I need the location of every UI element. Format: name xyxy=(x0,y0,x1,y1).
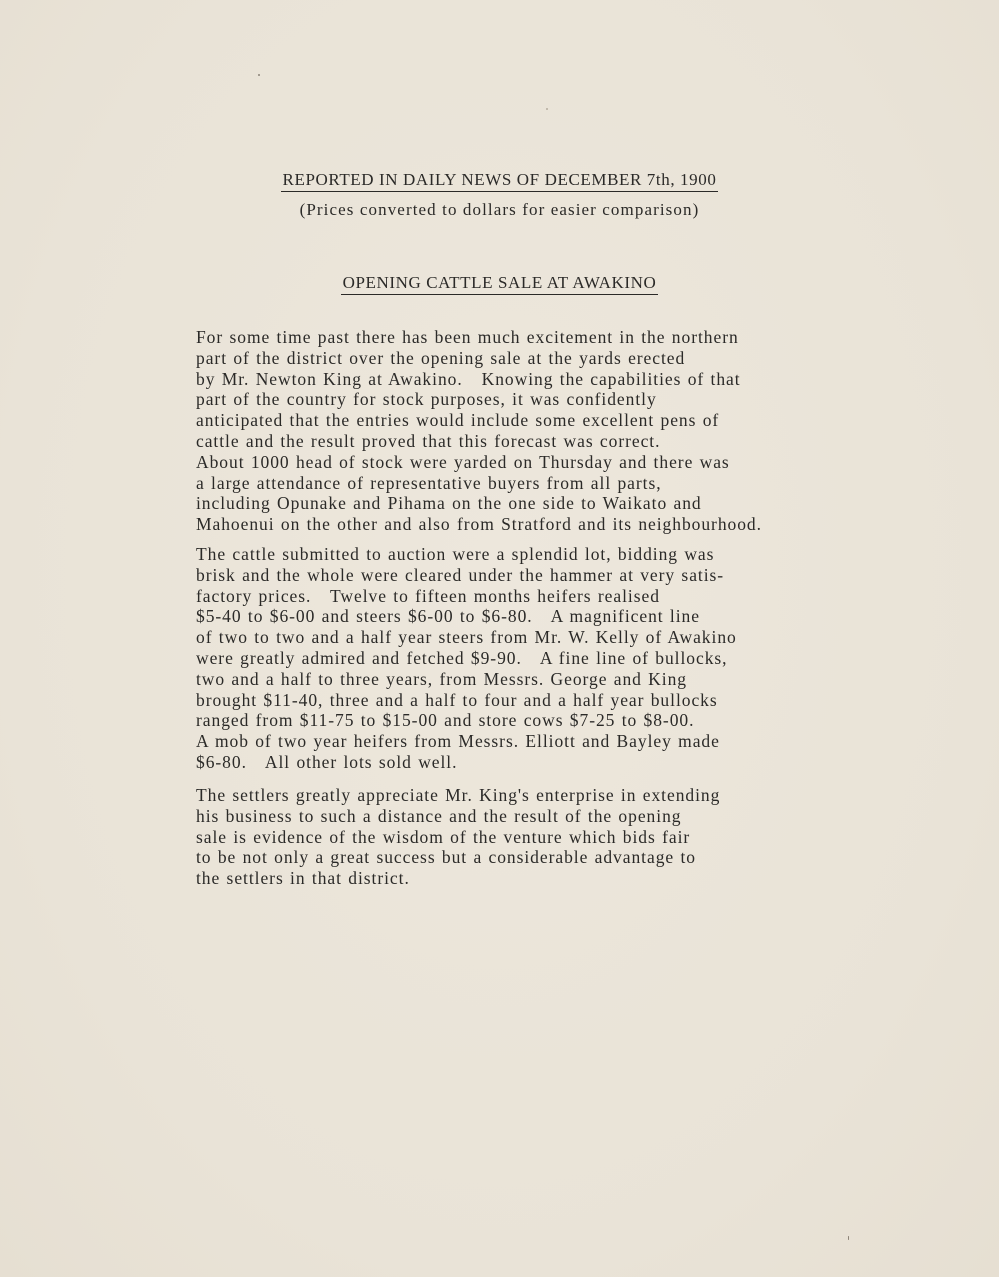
text-line: About 1000 head of stock were yarded on … xyxy=(196,452,916,473)
text-line: The cattle submitted to auction were a s… xyxy=(196,544,916,565)
text-line: anticipated that the entries would inclu… xyxy=(196,410,916,431)
report-header-note: (Prices converted to dollars for easier … xyxy=(0,200,999,220)
text-line: the settlers in that district. xyxy=(196,868,916,889)
text-line: two and a half to three years, from Mess… xyxy=(196,669,916,690)
text-line: The settlers greatly appreciate Mr. King… xyxy=(196,785,916,806)
text-line: For some time past there has been much e… xyxy=(196,327,916,348)
article-paragraph-3: The settlers greatly appreciate Mr. King… xyxy=(196,785,916,889)
text-line: including Opunake and Pihama on the one … xyxy=(196,493,916,514)
report-header-title-text: REPORTED IN DAILY NEWS OF DECEMBER 7th, … xyxy=(281,170,719,192)
document-page: REPORTED IN DAILY NEWS OF DECEMBER 7th, … xyxy=(0,0,999,1277)
paper-speck xyxy=(848,1236,849,1240)
paper-speck xyxy=(258,74,260,76)
article-title-text: OPENING CATTLE SALE AT AWAKINO xyxy=(341,273,659,295)
text-line: to be not only a great success but a con… xyxy=(196,847,916,868)
text-line: part of the district over the opening sa… xyxy=(196,348,916,369)
text-line: of two to two and a half year steers fro… xyxy=(196,627,916,648)
text-line: brisk and the whole were cleared under t… xyxy=(196,565,916,586)
text-line: cattle and the result proved that this f… xyxy=(196,431,916,452)
text-line: A mob of two year heifers from Messrs. E… xyxy=(196,731,916,752)
text-line: factory prices. Twelve to fifteen months… xyxy=(196,586,916,607)
article-paragraph-2: The cattle submitted to auction were a s… xyxy=(196,544,916,773)
article-title: OPENING CATTLE SALE AT AWAKINO xyxy=(0,273,999,293)
text-line: part of the country for stock purposes, … xyxy=(196,389,916,410)
text-line: $5-40 to $6-00 and steers $6-00 to $6-80… xyxy=(196,606,916,627)
text-line: were greatly admired and fetched $9-90. … xyxy=(196,648,916,669)
article-paragraph-1: For some time past there has been much e… xyxy=(196,327,916,535)
text-line: a large attendance of representative buy… xyxy=(196,473,916,494)
text-line: brought $11-40, three and a half to four… xyxy=(196,690,916,711)
text-line: ranged from $11-75 to $15-00 and store c… xyxy=(196,710,916,731)
text-line: $6-80. All other lots sold well. xyxy=(196,752,916,773)
text-line: his business to such a distance and the … xyxy=(196,806,916,827)
text-line: Mahoenui on the other and also from Stra… xyxy=(196,514,916,535)
report-header-title: REPORTED IN DAILY NEWS OF DECEMBER 7th, … xyxy=(0,170,999,190)
paper-speck xyxy=(546,108,548,110)
text-line: by Mr. Newton King at Awakino. Knowing t… xyxy=(196,369,916,390)
text-line: sale is evidence of the wisdom of the ve… xyxy=(196,827,916,848)
